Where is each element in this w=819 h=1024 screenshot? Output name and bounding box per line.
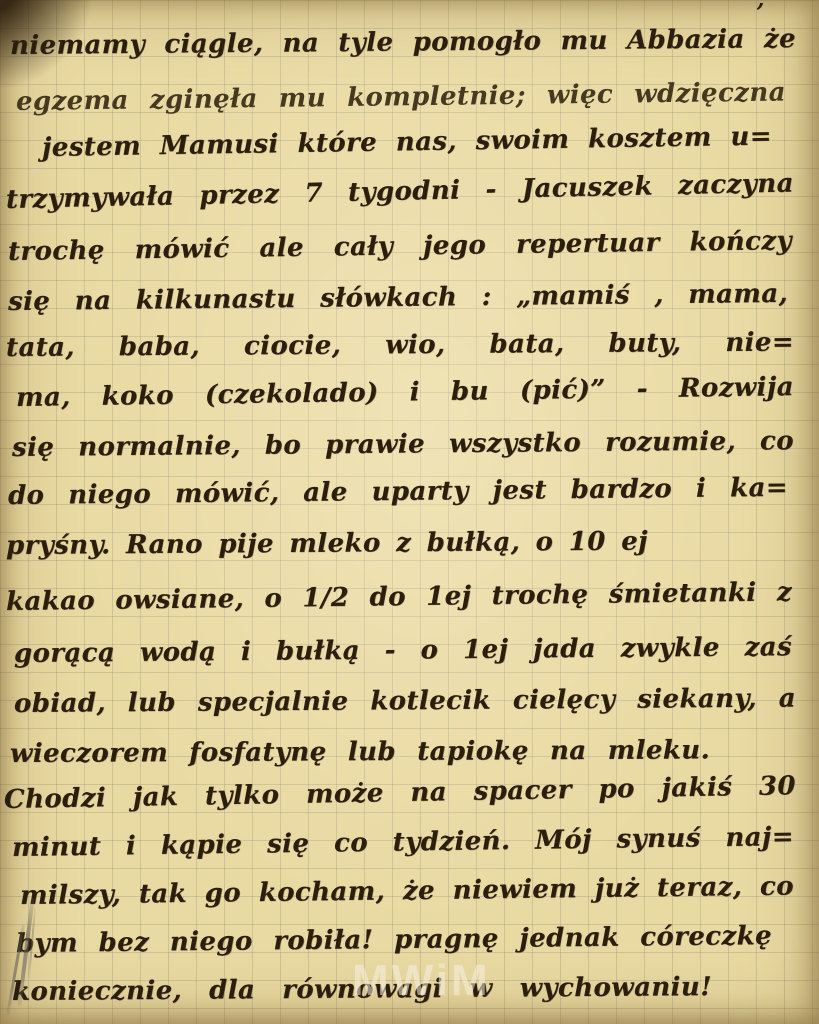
- handwriting-line: się normalnie, bo prawie wszystko rozumi…: [12, 427, 794, 464]
- handwriting-line: niemamy ciągle, na tyle pomogło mu Abbaz…: [10, 25, 796, 62]
- handwriting-line: kakao owsiane, o 1/2 do 1ej trochę śmiet…: [6, 578, 792, 617]
- handwriting-line: minut i kąpie się co tydzień. Mój synuś …: [12, 823, 794, 864]
- handwriting-line: do niego mówić, ale uparty jest bardzo i…: [8, 474, 788, 512]
- handwriting-line: Chodzi jak tylko może na spacer po jakiś…: [4, 772, 796, 816]
- handwriting-line: jestem Mamusi które nas, swoim kosztem u…: [42, 123, 772, 164]
- ink-tick-mark: ’: [756, 0, 764, 27]
- handwriting-line: wieczorem fosfatynę lub tapiokę na mleku…: [10, 736, 710, 770]
- handwriting-line: tata, baba, ciocie, wio, bata, buty, nie…: [6, 328, 794, 363]
- handwriting-line: ma, koko (czekolado) i bu (pić)” - Rozwi…: [16, 373, 794, 414]
- handwriting-line: trzymywała przez 7 tygodni - Jacuszek za…: [6, 170, 794, 216]
- handwriting-line: się na kilkunastu słówkach : „mamiś , ma…: [8, 280, 788, 318]
- archive-watermark: MWiM: [352, 956, 491, 1006]
- handwriting-line: gorącą wodą i bułką - o 1ej jada zwykle …: [14, 633, 792, 670]
- handwriting-line: bym bez niego robiła! pragnę jednak córe…: [16, 922, 772, 960]
- letter-scan-page: niemamy ciągle, na tyle pomogło mu Abbaz…: [0, 0, 819, 1024]
- handwriting-line: egzema zginęła mu kompletnie; więc wdzię…: [16, 79, 786, 118]
- handwriting-line: obiad, lub specjalnie kotlecik cielęcy s…: [14, 685, 796, 720]
- handwriting-line: milszy, tak go kocham, że niewiem już te…: [20, 873, 794, 912]
- handwriting-line: trochę mówić ale cały jego repertuar koń…: [8, 227, 792, 268]
- handwriting-line: pryśny. Rano pije mleko z bułką, o 10 ej: [6, 528, 526, 562]
